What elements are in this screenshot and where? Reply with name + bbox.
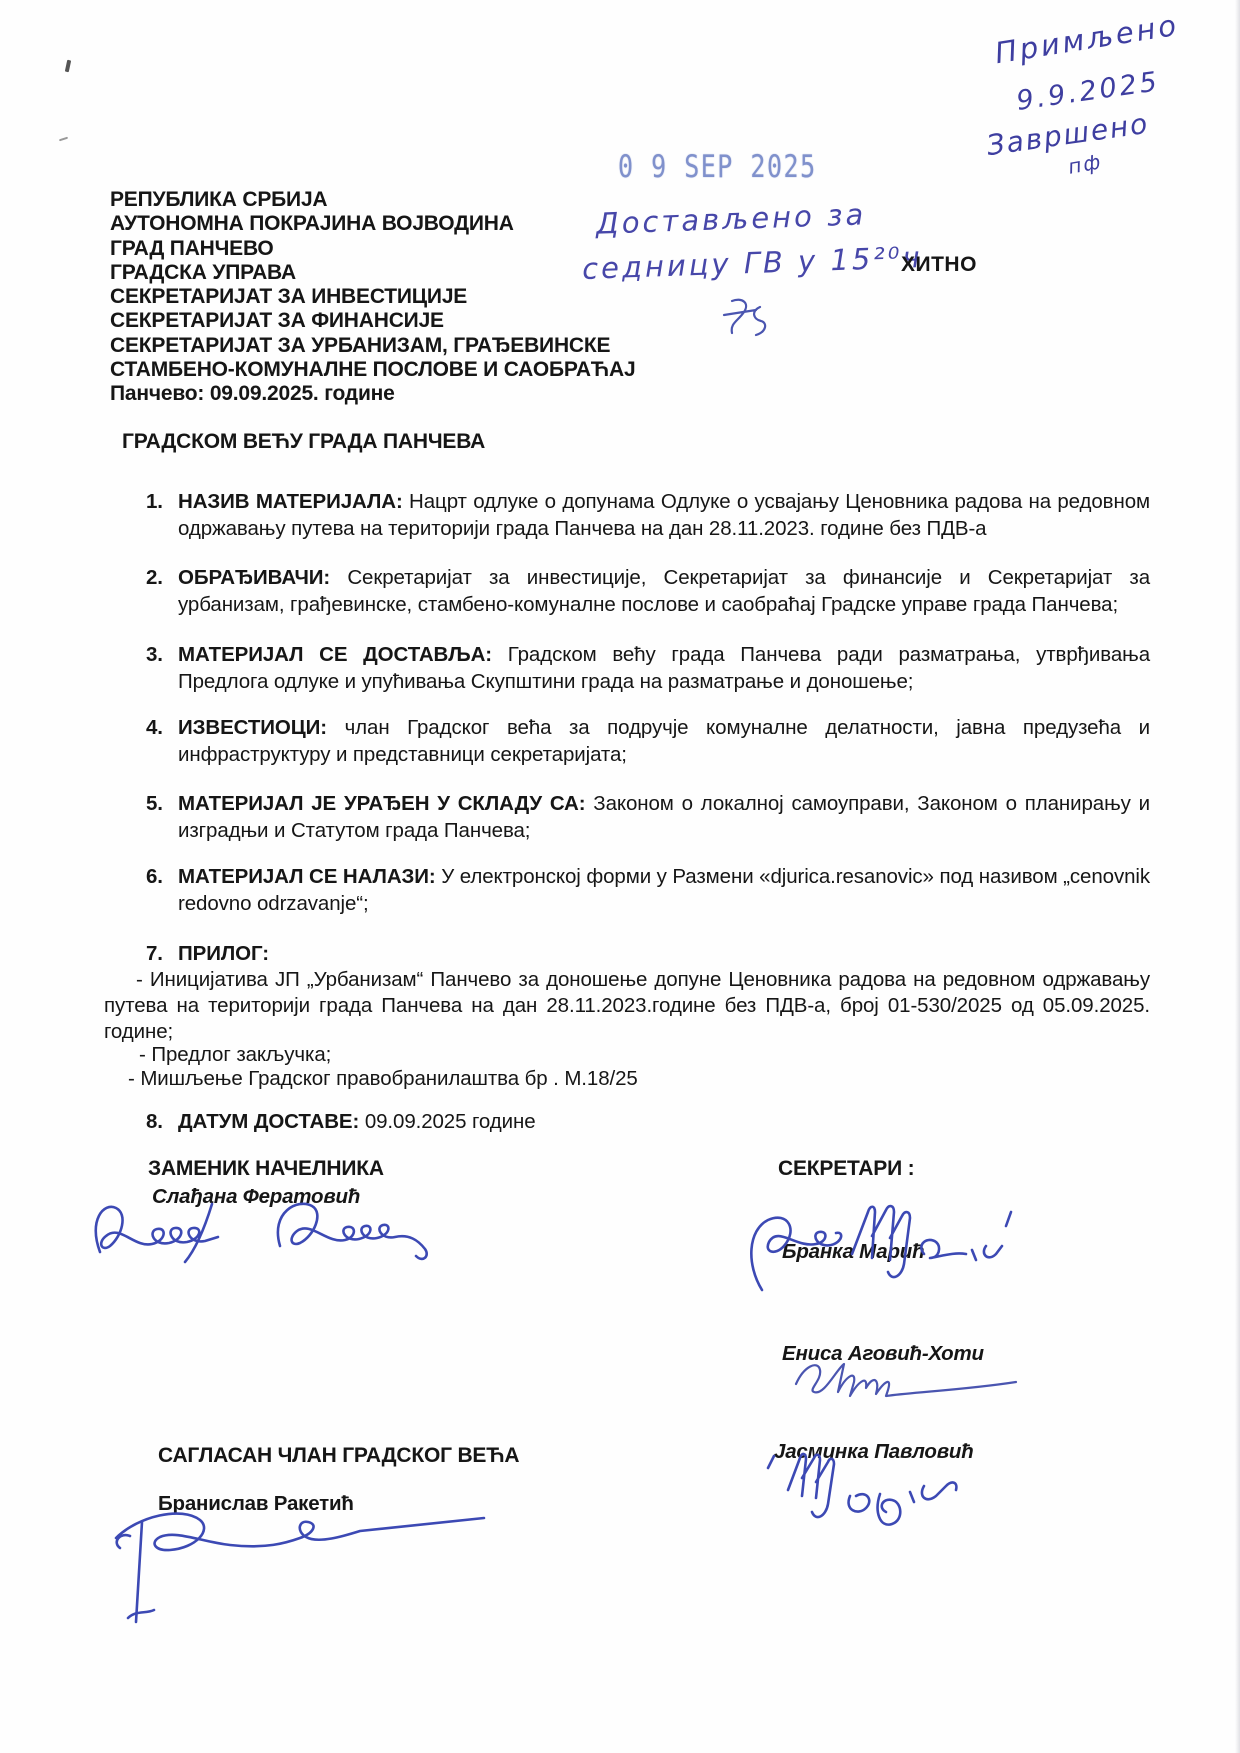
attachment-bullet: - Иницијатива ЈП „Урбанизам“ Панчево за … — [104, 967, 1150, 1045]
signature-enisa-agovic-hoti — [784, 1352, 1026, 1404]
list-item-7: 7.ПРИЛОГ: — [178, 940, 1150, 967]
letterhead-line: СЕКРЕТАРИЈАТ ЗА УРБАНИЗАМ, ГРАЂЕВИНСКЕ — [110, 334, 635, 358]
list-item-8: 8.ДАТУМ ДОСТАВЕ: 09.09.2025 године — [178, 1108, 1150, 1135]
deputy-title: ЗАМЕНИК НАЧЕЛНИКА — [148, 1157, 384, 1181]
signature-feratovic — [84, 1196, 446, 1288]
list-item-4: 4.ИЗВЕСТИОЦИ: члан Градског већа за подр… — [178, 714, 1150, 769]
attachment-bullet: - Предлог закључка; — [139, 1042, 331, 1068]
item-number: 4. — [146, 714, 163, 741]
signature-branka-maric — [744, 1202, 1014, 1306]
signature-branislav-raketic — [102, 1500, 498, 1630]
document-date-line: Панчево: 09.09.2025. године — [110, 382, 635, 406]
list-item-3: 3.МАТЕРИЈАЛ СЕ ДОСТАВЉА: Градском већу г… — [178, 641, 1150, 696]
item-label: МАТЕРИЈАЛ ЈЕ УРАЂЕН У СКЛАДУ СА: — [178, 792, 585, 815]
letterhead-line: ГРАД ПАНЧЕВО — [110, 237, 635, 261]
item-number: 1. — [146, 488, 163, 515]
agree-member-title: САГЛАСАН ЧЛАН ГРАДСКОГ ВЕЋА — [158, 1444, 519, 1468]
letterhead-line: РЕПУБЛИКА СРБИЈА — [110, 188, 635, 212]
date-stamp: 0 9 SEP 2025 — [618, 148, 817, 184]
list-item-1: 1.НАЗИВ МАТЕРИЈАЛА: Нацрт одлуке о допун… — [178, 488, 1150, 543]
item-number: 6. — [146, 863, 163, 890]
list-item-5: 5.МАТЕРИЈАЛ ЈЕ УРАЂЕН У СКЛАДУ СА: Закон… — [178, 790, 1150, 845]
scanned-document-page: РЕПУБЛИКА СРБИЈА АУТОНОМНА ПОКРАЈИНА ВОЈ… — [0, 0, 1240, 1753]
letterhead: РЕПУБЛИКА СРБИЈА АУТОНОМНА ПОКРАЈИНА ВОЈ… — [110, 188, 635, 407]
item-number: 8. — [146, 1108, 163, 1135]
urgent-label: ХИТНО — [901, 253, 977, 277]
item-number: 3. — [146, 641, 163, 668]
handwritten-initials: пф — [1066, 149, 1104, 179]
signature-jasminka-pavlovic — [760, 1448, 990, 1532]
list-item-2: 2.ОБРАЂИВАЧИ: Секретаријат за инвестициј… — [178, 564, 1150, 619]
scan-artifact — [65, 60, 71, 73]
scan-artifact — [59, 137, 68, 142]
handwritten-delivery-note: Достављено за — [595, 197, 866, 240]
secretaries-title: СЕКРЕТАРИ : — [778, 1157, 914, 1181]
item-label: МАТЕРИЈАЛ СЕ НАЛАЗИ: — [178, 865, 436, 888]
recipient-title: ГРАДСКОМ ВЕЋУ ГРАДА ПАНЧЕВА — [122, 430, 485, 454]
letterhead-line: ГРАДСКА УПРАВА — [110, 261, 635, 285]
attachment-bullet: - Мишљење Градског правобранилаштва бр .… — [128, 1066, 638, 1092]
handwritten-initials-paraph — [718, 295, 770, 341]
scan-edge-shadow — [1235, 0, 1240, 1753]
item-label: ДАТУМ ДОСТАВЕ: — [178, 1110, 359, 1133]
list-item-6: 6.МАТЕРИЈАЛ СЕ НАЛАЗИ: У електронској фо… — [178, 863, 1150, 918]
item-label: ИЗВЕСТИОЦИ: — [178, 716, 327, 739]
item-label: НАЗИВ МАТЕРИЈАЛА: — [178, 490, 403, 513]
item-label: ПРИЛОГ: — [178, 942, 269, 965]
letterhead-line: СЕКРЕТАРИЈАТ ЗА ИНВЕСТИЦИЈЕ — [110, 285, 635, 309]
item-text: 09.09.2025 године — [359, 1110, 535, 1133]
letterhead-line: СТАМБЕНО-КОМУНАЛНЕ ПОСЛОВЕ И САОБРАЋАЈ — [110, 358, 635, 382]
item-number: 5. — [146, 790, 163, 817]
letterhead-line: СЕКРЕТАРИЈАТ ЗА ФИНАНСИЈЕ — [110, 309, 635, 333]
item-number: 7. — [146, 940, 163, 967]
item-label: ОБРАЂИВАЧИ: — [178, 566, 330, 589]
handwritten-received-note: Примљено — [992, 8, 1181, 71]
item-number: 2. — [146, 564, 163, 591]
item-label: МАТЕРИЈАЛ СЕ ДОСТАВЉА: — [178, 643, 492, 666]
letterhead-line: АУТОНОМНА ПОКРАЈИНА ВОЈВОДИНА — [110, 212, 635, 236]
